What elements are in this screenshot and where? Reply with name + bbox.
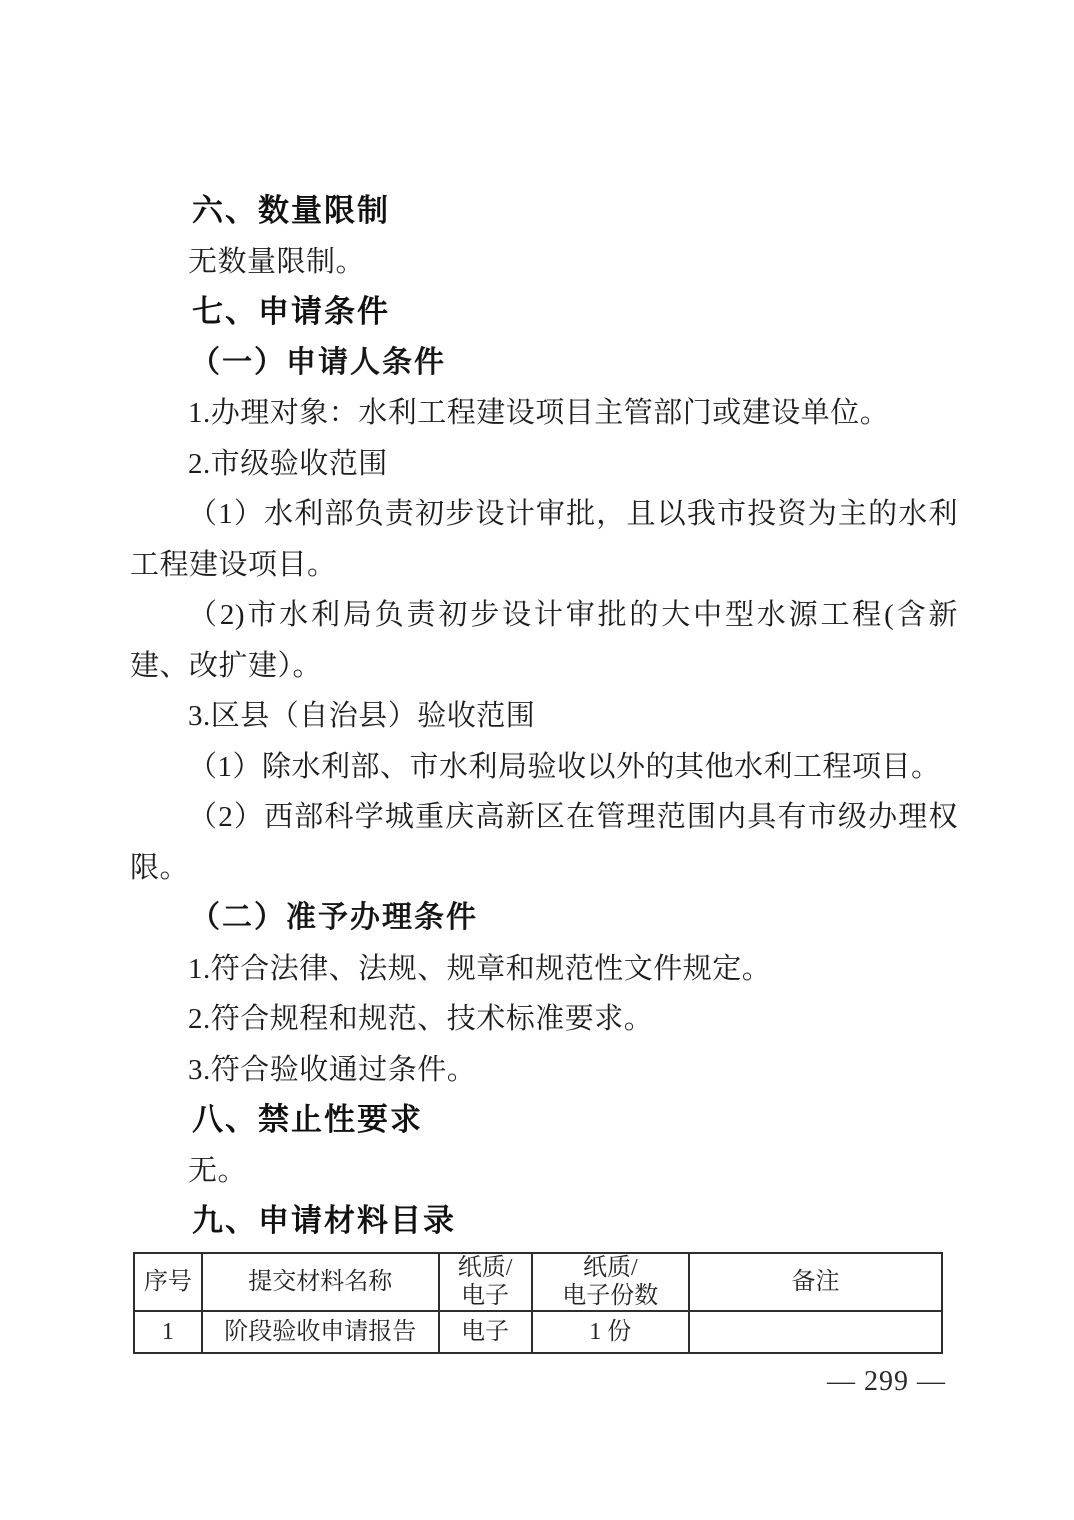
para-county-scope-item-1: （1）除水利部、市水利局验收以外的其他水利工程项目。 xyxy=(130,742,958,793)
header-cell-copies: 纸质/ 电子份数 xyxy=(532,1253,690,1311)
heading-prohibitive-requirements: 八、禁止性要求 xyxy=(130,1095,958,1146)
para-none: 无。 xyxy=(130,1146,958,1197)
document-page: 六、数量限制 无数量限制。 七、申请条件 （一）申请人条件 1.办理对象：水利工… xyxy=(0,0,1074,1520)
heading-materials-list: 九、申请材料目录 xyxy=(130,1196,958,1247)
cell-name: 阶段验收申请报告 xyxy=(202,1311,439,1353)
heading-quantity-limit: 六、数量限制 xyxy=(130,186,958,237)
heading-application-conditions: 七、申请条件 xyxy=(130,287,958,338)
cell-note xyxy=(689,1311,942,1353)
para-handling-target: 1.办理对象：水利工程建设项目主管部门或建设单位。 xyxy=(130,388,958,439)
page-number: — 299 — xyxy=(827,1366,946,1398)
para-county-scope-item-2: （2）西部科学城重庆高新区在管理范围内具有市级办理权限。 xyxy=(130,792,958,893)
materials-table-header-row: 序号 提交材料名称 纸质/ 电子 纸质/ 电子份数 备注 xyxy=(134,1253,942,1311)
document-content: 六、数量限制 无数量限制。 七、申请条件 （一）申请人条件 1.办理对象：水利工… xyxy=(130,0,958,1354)
para-city-scope-item-1: （1）水利部负责初步设计审批，且以我市投资为主的水利工程建设项目。 xyxy=(130,489,958,590)
header-cell-note: 备注 xyxy=(689,1253,942,1311)
header-cell-name: 提交材料名称 xyxy=(202,1253,439,1311)
cell-seq: 1 xyxy=(134,1311,202,1353)
para-approval-condition-2: 2.符合规程和规范、技术标准要求。 xyxy=(130,994,958,1045)
subheading-approval-conditions: （二）准予办理条件 xyxy=(130,893,958,944)
header-cell-seq: 序号 xyxy=(134,1253,202,1311)
para-city-acceptance-scope: 2.市级验收范围 xyxy=(130,439,958,490)
para-city-scope-item-2: （2)市水利局负责初步设计审批的大中型水源工程(含新建、改扩建）。 xyxy=(130,590,958,691)
para-no-quantity-limit: 无数量限制。 xyxy=(130,237,958,288)
header-cell-medium: 纸质/ 电子 xyxy=(439,1253,532,1311)
cell-medium: 电子 xyxy=(439,1311,532,1353)
materials-table-row: 1 阶段验收申请报告 电子 1 份 xyxy=(134,1311,942,1353)
para-approval-condition-1: 1.符合法律、法规、规章和规范性文件规定。 xyxy=(130,944,958,995)
para-county-acceptance-scope: 3.区县（自治县）验收范围 xyxy=(130,691,958,742)
materials-table: 序号 提交材料名称 纸质/ 电子 纸质/ 电子份数 备注 1 阶段验收申请报告 … xyxy=(133,1252,943,1354)
cell-copies: 1 份 xyxy=(532,1311,690,1353)
para-approval-condition-3: 3.符合验收通过条件。 xyxy=(130,1045,958,1096)
subheading-applicant-conditions: （一）申请人条件 xyxy=(130,338,958,389)
